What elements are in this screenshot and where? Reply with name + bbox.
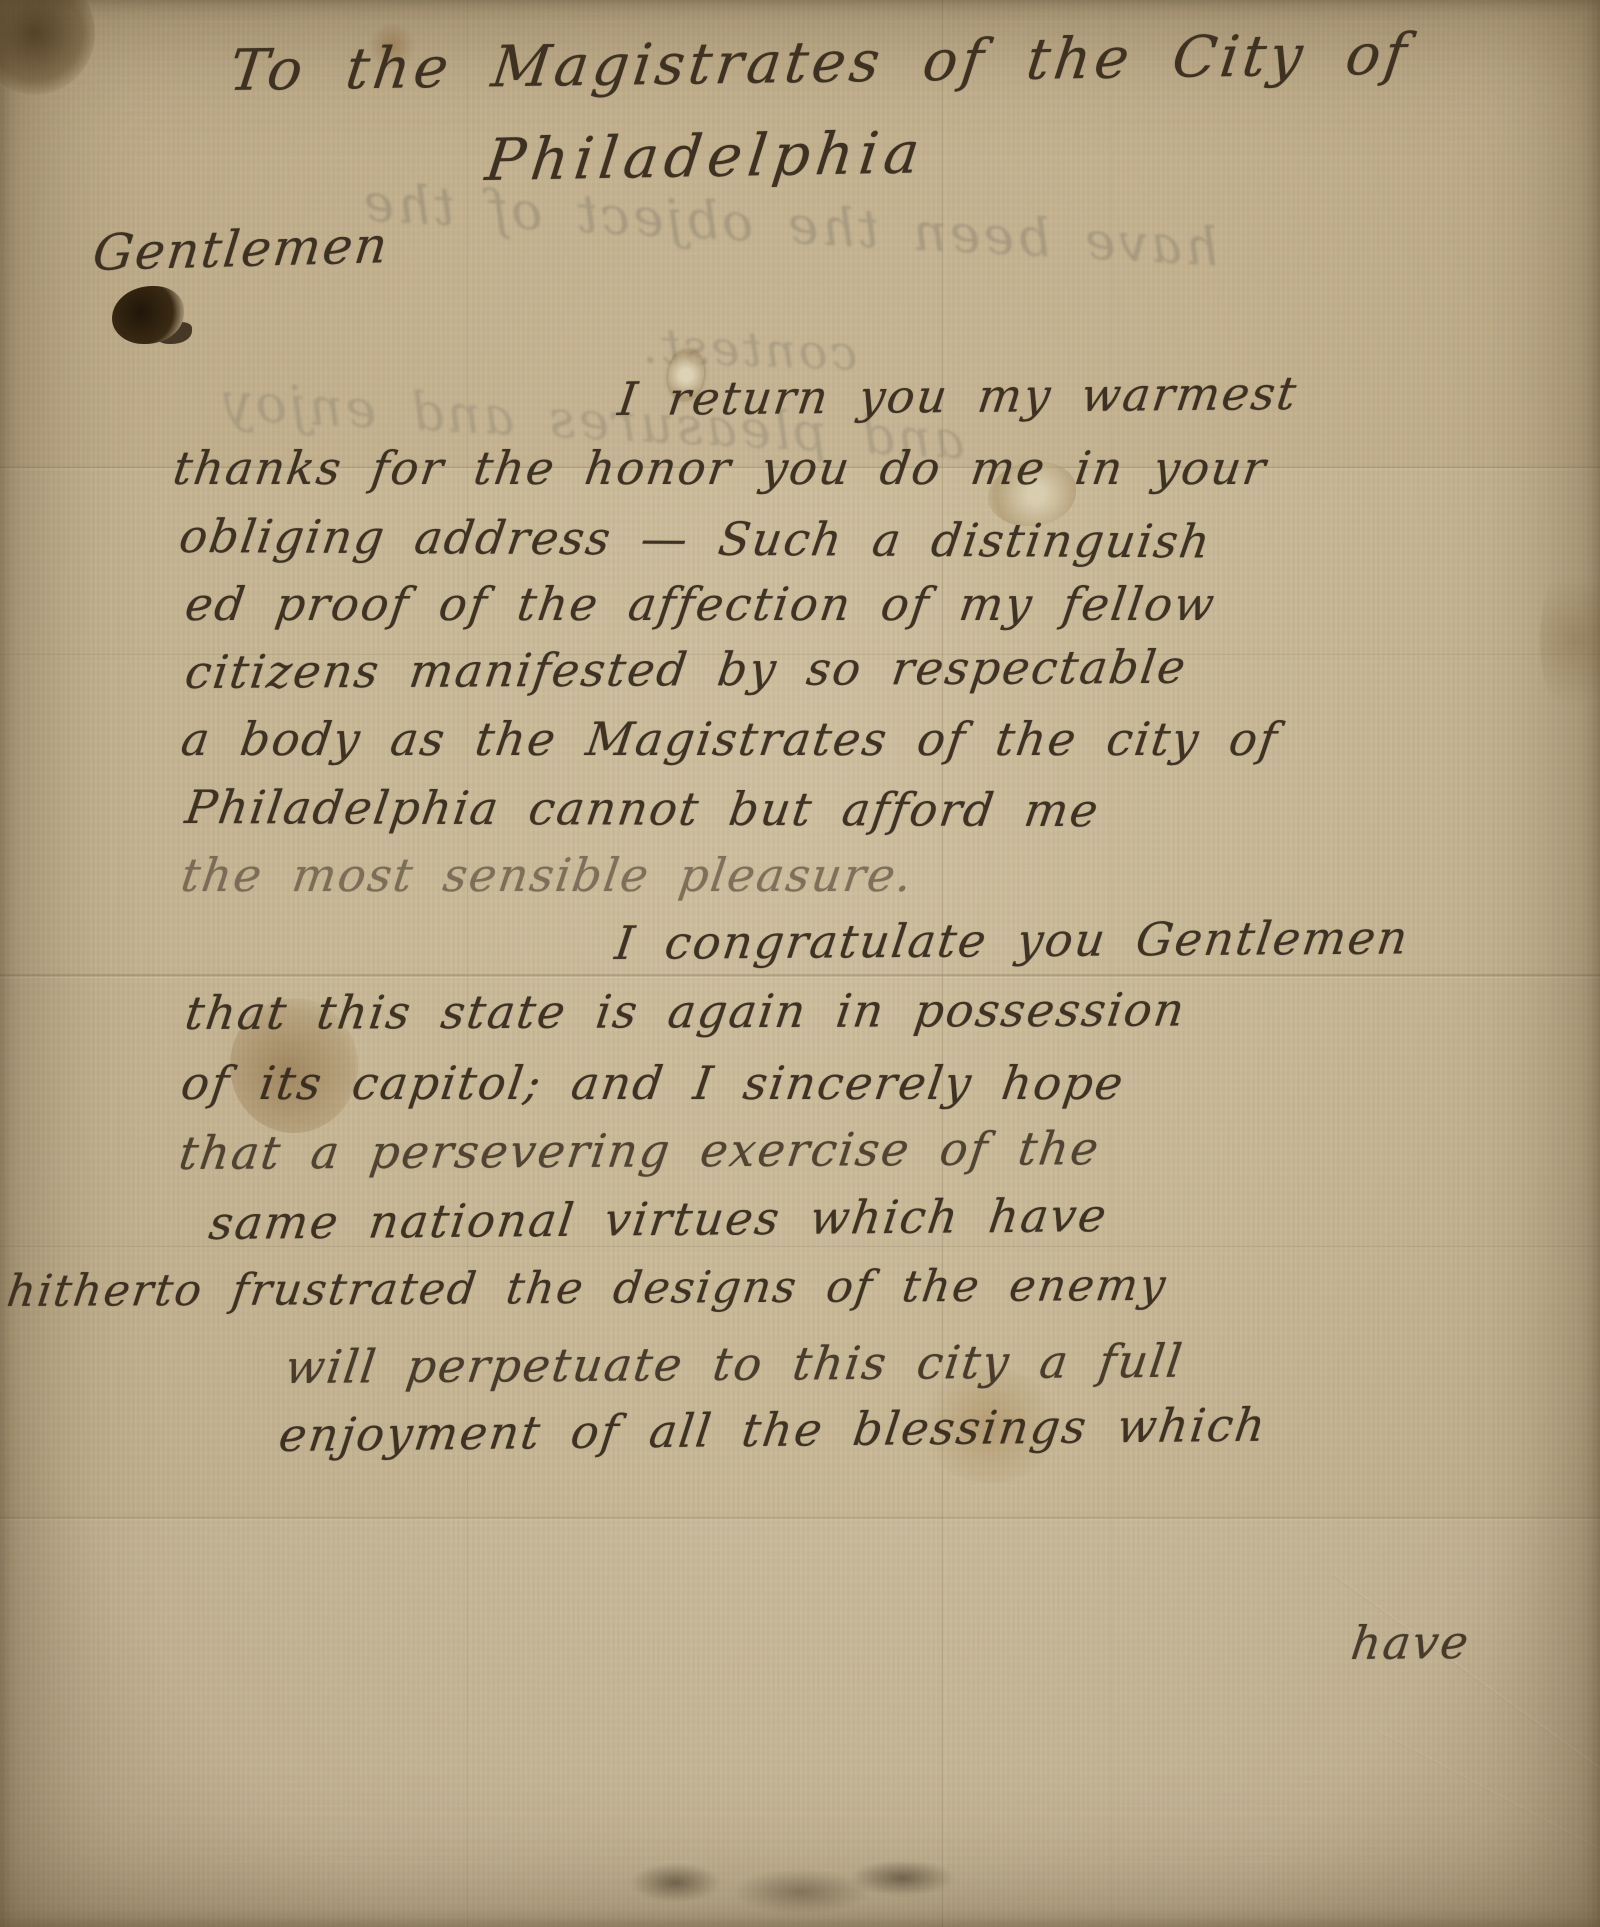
catchword: have [1348, 1615, 1474, 1670]
fold-crease-diagonal [1333, 1574, 1600, 1788]
corner-stain [0, 0, 95, 95]
body-line: a body as the Magistrates of the city of [178, 712, 1282, 766]
body-line: the most sensible pleasure. [178, 848, 917, 902]
fold-crease-horizontal [0, 973, 1600, 979]
fold-crease-vertical [466, 0, 470, 1927]
heading-line-2: Philadelphia [482, 118, 929, 194]
body-line: obliging address — Such a distinguish [176, 509, 1215, 568]
fold-crease-horizontal [0, 1516, 1600, 1521]
body-line: of its capitol; and I sincerely hope [178, 1056, 1128, 1110]
body-line: I congratulate you Gentlemen [612, 910, 1413, 970]
body-line: Philadelphia cannot but afford me [182, 780, 1103, 837]
fold-crease-diagonal [1377, 1730, 1600, 1873]
body-line: citizens manifested by so respectable [182, 640, 1191, 699]
salutation: Gentlemen [90, 216, 392, 282]
body-line: enjoyment of all the blessings which [276, 1398, 1270, 1462]
paper: have been the object of the contest. and… [0, 0, 1600, 1927]
body-line: I return you my warmest [615, 366, 1301, 426]
body-line: will perpetuate to this city a full [282, 1334, 1187, 1394]
body-line: that this state is again in possession [182, 983, 1189, 1040]
body-line: that a persevering exercise of the [176, 1121, 1104, 1180]
ink-blot [112, 286, 184, 344]
bottom-smudge [600, 1832, 1020, 1924]
body-line: thanks for the honor you do me in your [170, 441, 1271, 495]
body-line: hitherto frustrated the designs of the e… [4, 1260, 1170, 1317]
body-line: ed proof of the affection of my fellow [182, 577, 1220, 631]
stain [1540, 560, 1600, 720]
body-line: same national virtues which have [206, 1188, 1111, 1250]
